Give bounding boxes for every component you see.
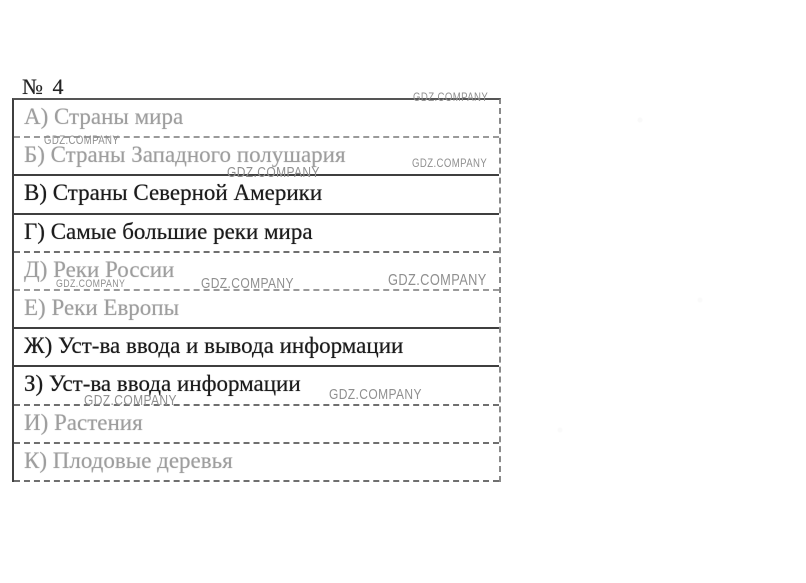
row-label: К) Плодовые деревья [24, 448, 233, 473]
watermark-text: GDZ.COMPANY [44, 133, 119, 147]
watermark-text: GDZ.COMPANY [413, 90, 488, 104]
row-label: Ж) Уст-ва ввода и вывода информации [24, 333, 403, 358]
table-row: Ж) Уст-ва ввода и вывода информации [14, 329, 499, 367]
watermark-text: GDZ.COMPANY [201, 275, 294, 292]
row-label: И) Растения [24, 410, 143, 435]
table-row: К) Плодовые деревья [14, 444, 499, 482]
watermark-text: GDZ.COMPANY [84, 392, 177, 409]
row-label: В) Страны Северной Америки [24, 180, 322, 205]
exercise-number: № 4 [22, 74, 66, 100]
watermark-text: GDZ.COMPANY [329, 386, 422, 403]
table-row: Е) Реки Европы [14, 291, 499, 329]
table-row: И) Растения [14, 406, 499, 444]
table-row: Г) Самые большие реки мира [14, 215, 499, 253]
watermark-text: GDZ.COMPANY [412, 156, 487, 170]
watermark-text: GDZ.COMPANY [56, 278, 125, 290]
watermark-text: GDZ.COMPANY [227, 164, 320, 181]
row-label: Е) Реки Европы [24, 295, 179, 320]
scanned-worksheet-page: № 4 А) Страны мира Б) Страны Западного п… [0, 0, 806, 583]
table-row: В) Страны Северной Америки [14, 176, 499, 214]
row-label: А) Страны мира [24, 104, 183, 129]
row-label: Г) Самые большие реки мира [24, 219, 313, 244]
watermark-text: GDZ.COMPANY [388, 272, 487, 290]
